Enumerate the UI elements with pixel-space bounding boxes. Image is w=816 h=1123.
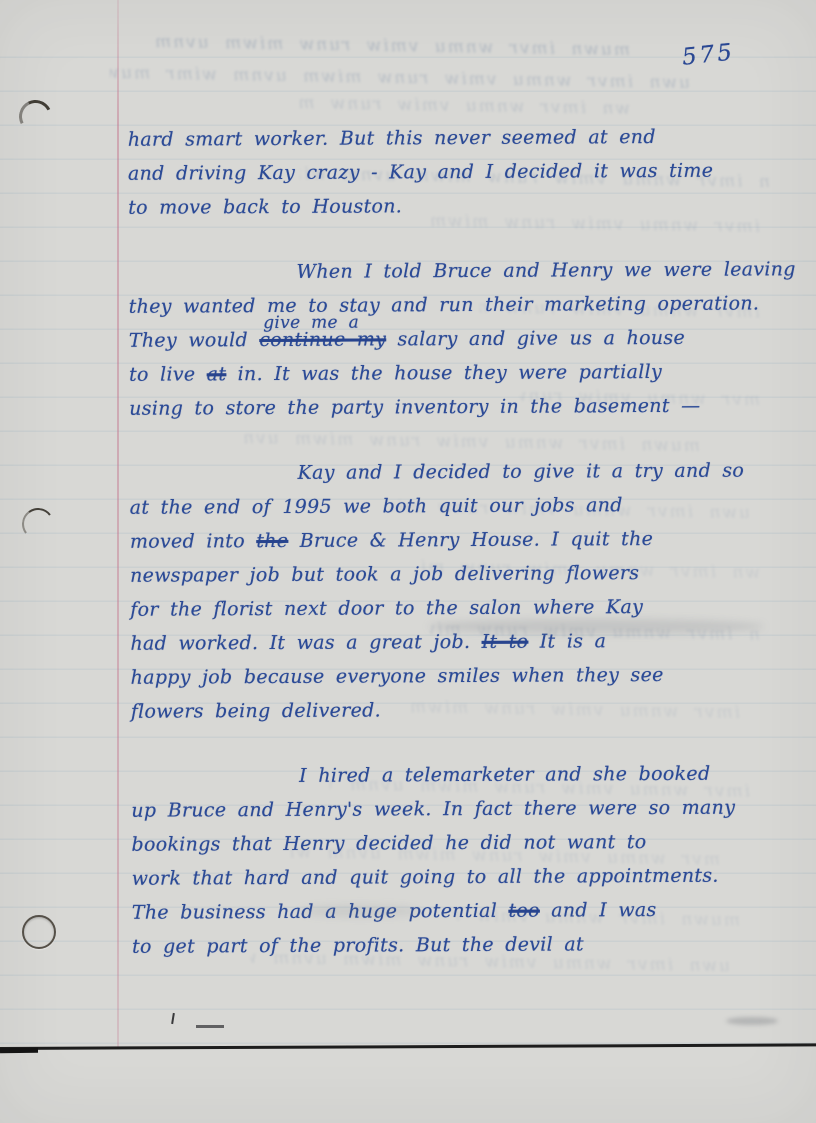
handwritten-line: flowers being delivered. bbox=[131, 691, 796, 728]
handwritten-line: newspaper job but took a job delivering … bbox=[130, 555, 795, 592]
handwritten-text-block: hard smart worker. But this never seemed… bbox=[128, 119, 798, 994]
paragraph-1: hard smart worker. But this never seemed… bbox=[128, 119, 794, 224]
stray-pen-mark bbox=[171, 1013, 175, 1024]
struck-out-text: too bbox=[508, 900, 540, 922]
handwritten-text: using to store the party inventory in th… bbox=[129, 395, 700, 420]
handwritten-line: for the florist next door to the salon w… bbox=[130, 589, 795, 626]
handwritten-text: Bruce & Henry House. I quit the bbox=[288, 528, 653, 552]
handwritten-text: flowers being delivered. bbox=[131, 699, 381, 722]
scan-edge-line bbox=[0, 1043, 816, 1049]
paragraph-2: When I told Bruce and Henry we were leav… bbox=[128, 252, 794, 425]
handwritten-text: I hired a telemarketer and she booked bbox=[299, 763, 710, 787]
handwritten-text: work that hard and quit going to all the… bbox=[132, 865, 719, 890]
handwritten-line: they wanted me to stay and run their mar… bbox=[129, 286, 794, 323]
handwritten-text: hard smart worker. But this never seemed… bbox=[128, 126, 656, 151]
handwritten-text: The business had a huge potential bbox=[132, 900, 509, 924]
handwritten-text: at the end of 1995 we both quit our jobs… bbox=[130, 494, 623, 519]
handwritten-text: they wanted me to stay and run their mar… bbox=[129, 292, 760, 317]
paragraph-3: Kay and I decided to give it a try and s… bbox=[129, 453, 795, 728]
handwritten-line: They would continue mygive me a salary a… bbox=[129, 320, 794, 357]
handwritten-text: Kay and I decided to give it a try and s… bbox=[297, 460, 744, 484]
handwritten-text: newspaper job but took a job delivering … bbox=[130, 562, 639, 587]
bleed-through-writing: uwn imvr wnmu vmiw runw miwm uvnm wimr m… bbox=[110, 63, 690, 93]
handwritten-line: happy job because everyone smiles when t… bbox=[131, 657, 796, 694]
struck-out-text: the bbox=[256, 530, 288, 552]
handwritten-line: at the end of 1995 we both quit our jobs… bbox=[130, 487, 795, 524]
handwritten-text: They would bbox=[129, 329, 260, 352]
struck-out-text: continue mygive me a bbox=[259, 328, 386, 351]
handwritten-line: work that hard and quit going to all the… bbox=[132, 858, 797, 895]
handwritten-line: had worked. It was a great job. It to It… bbox=[130, 623, 795, 660]
struck-out-text: It to bbox=[482, 631, 529, 653]
bleed-through-writing: muwn imvr wnmu vmiw runw miwm uvnm wimr … bbox=[150, 32, 630, 60]
handwritten-line: to live at in. It was the house they wer… bbox=[129, 354, 794, 391]
handwritten-text: and driving Kay crazy - Kay and I decide… bbox=[128, 160, 713, 185]
handwritten-text: had worked. It was a great job. bbox=[130, 631, 481, 655]
handwritten-text: for the florist next door to the salon w… bbox=[130, 596, 643, 621]
pencil-smudge bbox=[726, 1017, 778, 1025]
handwritten-line: Kay and I decided to give it a try and s… bbox=[129, 453, 794, 490]
hole-punch-top bbox=[15, 96, 57, 138]
handwritten-text: bookings that Henry decided he did not w… bbox=[131, 831, 646, 856]
hole-punch-middle bbox=[20, 506, 56, 542]
page-number: 575 bbox=[681, 39, 736, 70]
handwritten-text: It is a bbox=[528, 630, 606, 652]
struck-out-text: at bbox=[207, 363, 227, 385]
handwritten-line: up Bruce and Henry's week. In fact there… bbox=[131, 790, 796, 827]
handwritten-line: hard smart worker. But this never seemed… bbox=[128, 119, 793, 156]
handwritten-line: to get part of the profits. But the devi… bbox=[132, 926, 797, 963]
bleed-through-writing: wn imvr wnmu vmiw runw miwm uvnm wimr mu… bbox=[300, 93, 630, 119]
handwritten-line: When I told Bruce and Henry we were leav… bbox=[128, 252, 793, 289]
hole-punch-bottom bbox=[22, 915, 56, 949]
handwritten-text: moved into bbox=[130, 530, 256, 553]
scanned-manuscript-page: 575 muwn imvr wnmu vmiw runw miwm uvnm w… bbox=[0, 0, 816, 1123]
handwritten-text: salary and give us a house bbox=[386, 327, 685, 351]
handwritten-text: in. It was the house they were partially bbox=[226, 361, 662, 385]
handwritten-line: I hired a telemarketer and she booked bbox=[131, 756, 796, 793]
inserted-text-above-line: give me a bbox=[263, 306, 359, 341]
handwritten-text: to live bbox=[129, 363, 207, 385]
handwritten-line: using to store the party inventory in th… bbox=[129, 388, 794, 425]
handwritten-text: up Bruce and Henry's week. In fact there… bbox=[131, 797, 735, 822]
margin-line bbox=[117, 0, 119, 1047]
handwritten-text: and I was bbox=[540, 899, 657, 922]
handwritten-text: to get part of the profits. But the devi… bbox=[132, 933, 584, 957]
handwritten-line: moved into the Bruce & Henry House. I qu… bbox=[130, 521, 795, 558]
stray-pen-mark bbox=[196, 1025, 224, 1028]
handwritten-text: When I told Bruce and Henry we were leav… bbox=[296, 258, 795, 283]
scan-edge-blob bbox=[0, 1048, 38, 1053]
handwritten-text: to move back to Houston. bbox=[128, 195, 402, 218]
handwritten-line: bookings that Henry decided he did not w… bbox=[131, 824, 796, 861]
handwritten-text: happy job because everyone smiles when t… bbox=[131, 664, 664, 689]
handwritten-line: The business had a huge potential too an… bbox=[132, 892, 797, 929]
paragraph-4: I hired a telemarketer and she bookedup … bbox=[131, 756, 797, 963]
handwritten-line: and driving Kay crazy - Kay and I decide… bbox=[128, 153, 793, 190]
handwritten-line: to move back to Houston. bbox=[128, 187, 793, 224]
